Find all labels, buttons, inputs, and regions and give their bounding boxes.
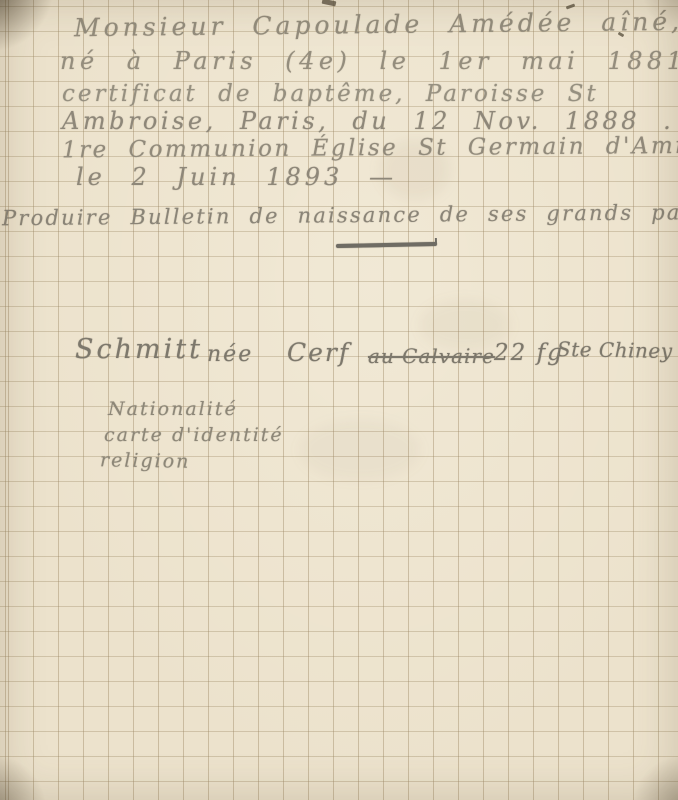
handwriting-line-certificate: certificat de baptême, Paroisse St — [62, 81, 599, 107]
ink-speck — [322, 0, 337, 6]
checklist-item-religion: religion — [100, 449, 191, 473]
checklist-item-nationality: Nationalité — [108, 398, 238, 420]
handwriting-line-schmitt: Schmitt née Cerf au Calvaire 22 fg Ste C… — [0, 330, 678, 390]
handwriting-line-communion-date: le 2 Juin 1893 — — [76, 163, 397, 191]
schmitt-maiden-name: Cerf — [287, 338, 350, 367]
handwriting-line-bulletin: Produire Bulletin de naissance de ses gr… — [2, 200, 678, 231]
schmitt-struck-out-text: au Calvaire — [368, 344, 495, 368]
schmitt-street-number: 22 fg — [494, 340, 564, 366]
handwriting-line-name: Monsieur Capoulade Amédée aîné, — [74, 7, 678, 42]
handwriting-line-birth: né à Paris (4e) le 1er mai 1881 . — [60, 47, 678, 75]
handwriting-line-parish: Ambroise, Paris, du 12 Nov. 1888 . — [62, 107, 674, 135]
ink-smudge — [300, 420, 420, 480]
handwriting-line-communion: 1re Communion Église St Germain d'Amiens — [62, 133, 678, 164]
schmitt-nee: née — [207, 342, 253, 367]
schmitt-name: Schmitt — [75, 334, 203, 365]
schmitt-street-name: Ste Chiney — [557, 337, 673, 363]
document-page: Monsieur Capoulade Amédée aîné, né à Par… — [0, 0, 678, 800]
checklist-item-id-card: carte d'identité — [104, 424, 284, 446]
ink-stroke-separator — [336, 242, 437, 248]
